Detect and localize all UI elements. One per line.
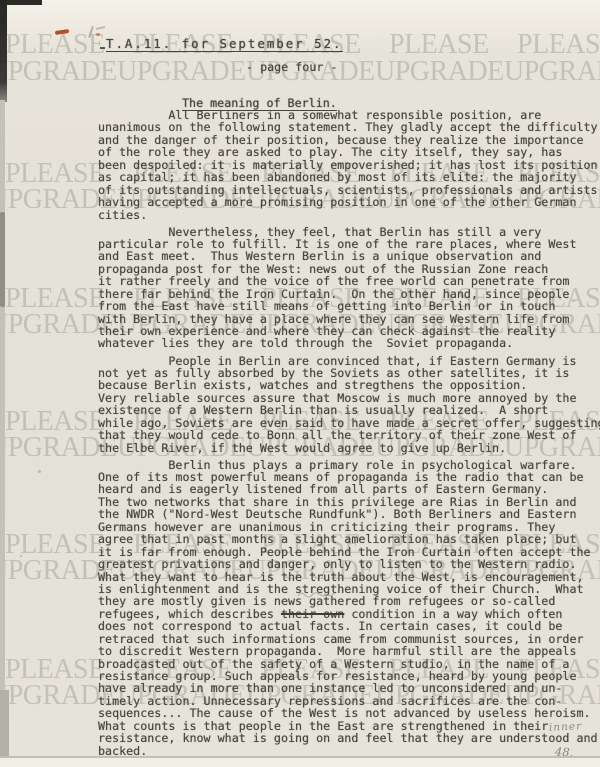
- watermark-word: UPGRADE: [0, 58, 117, 86]
- scanned-document-page: PLEASEPLEASEPLEASEPLEASEPLEASEUPGRADEUPG…: [0, 0, 600, 767]
- scan-edge-blotch: [0, 212, 5, 307]
- watermark-word: PLEASE: [389, 31, 489, 59]
- text-line: of the role they are asked to play. The …: [98, 146, 600, 158]
- paragraph: Berlin thus plays a primary role in psyc…: [98, 459, 600, 758]
- text-line: cities.: [98, 209, 600, 221]
- text-line: having accepted a more promising positio…: [98, 196, 600, 208]
- text-line: agree that in past months a slight ameli…: [98, 533, 600, 545]
- text-line: does not correspond to actual facts. In …: [98, 620, 600, 632]
- text-line: the NWDR ("Nord-West Deutsche Rundfunk")…: [98, 508, 600, 520]
- text-line: resistance, know what is going on and fe…: [98, 732, 600, 744]
- text-line: greatest privations and danger, only to …: [98, 558, 600, 570]
- watermark-word: PLEASE: [517, 31, 600, 59]
- scan-bottom-strip: [0, 758, 600, 767]
- paper-speck: [20, 555, 22, 557]
- watermark-word: UPGRADE: [504, 58, 600, 86]
- text-line: it rather freely and the voice of the fr…: [98, 275, 600, 287]
- text-line: they are mostly given is news gathered f…: [98, 595, 600, 607]
- red-speck: [96, 33, 100, 36]
- text-line: to discredit Western propaganda. More ha…: [98, 645, 600, 657]
- text-line: unanimous on the following statement. Th…: [98, 121, 600, 133]
- document-header: T.A.11. for September 52.: [106, 38, 343, 52]
- paragraph: People in Berlin are convinced that, if …: [98, 355, 600, 455]
- header-dash-mark: [100, 47, 105, 49]
- watermark-word: UPGRADE: [375, 58, 504, 86]
- handwritten-annotation-squiggle: [297, 591, 337, 599]
- scan-edge-left: [0, 100, 5, 767]
- text-line: that they would cede to Bonn all the ter…: [98, 429, 600, 441]
- paper-speck: [572, 300, 575, 302]
- watermark-word: UPGRADE: [117, 58, 246, 86]
- text-line: from the East have still means of gettin…: [98, 300, 600, 312]
- text-line: and East meet. Thus Western Berlin is a …: [98, 250, 600, 262]
- document-body: All Berliners in a somewhat responsible …: [98, 109, 600, 762]
- text-line: because Berlin exists, watches and streg…: [98, 379, 600, 391]
- text-line: sequences... The cause of the West is no…: [98, 707, 600, 719]
- text-line: existence of a Western Berlin than is us…: [98, 404, 600, 416]
- paragraph: Nevertheless, they feel, that Berlin has…: [98, 226, 600, 350]
- text-line: whatever lies they are told through the …: [98, 337, 600, 349]
- paper-speck: [38, 470, 41, 473]
- scan-edge-left-dark: [0, 0, 7, 102]
- text-line: the Elbe River, if the West would agree …: [98, 442, 600, 454]
- handwritten-inner-word: inner: [549, 720, 583, 734]
- page-number-label: - page four -: [246, 61, 337, 73]
- paragraph: All Berliners in a somewhat responsible …: [98, 109, 600, 221]
- text-line: as capital; it has been abandoned by mos…: [98, 171, 600, 183]
